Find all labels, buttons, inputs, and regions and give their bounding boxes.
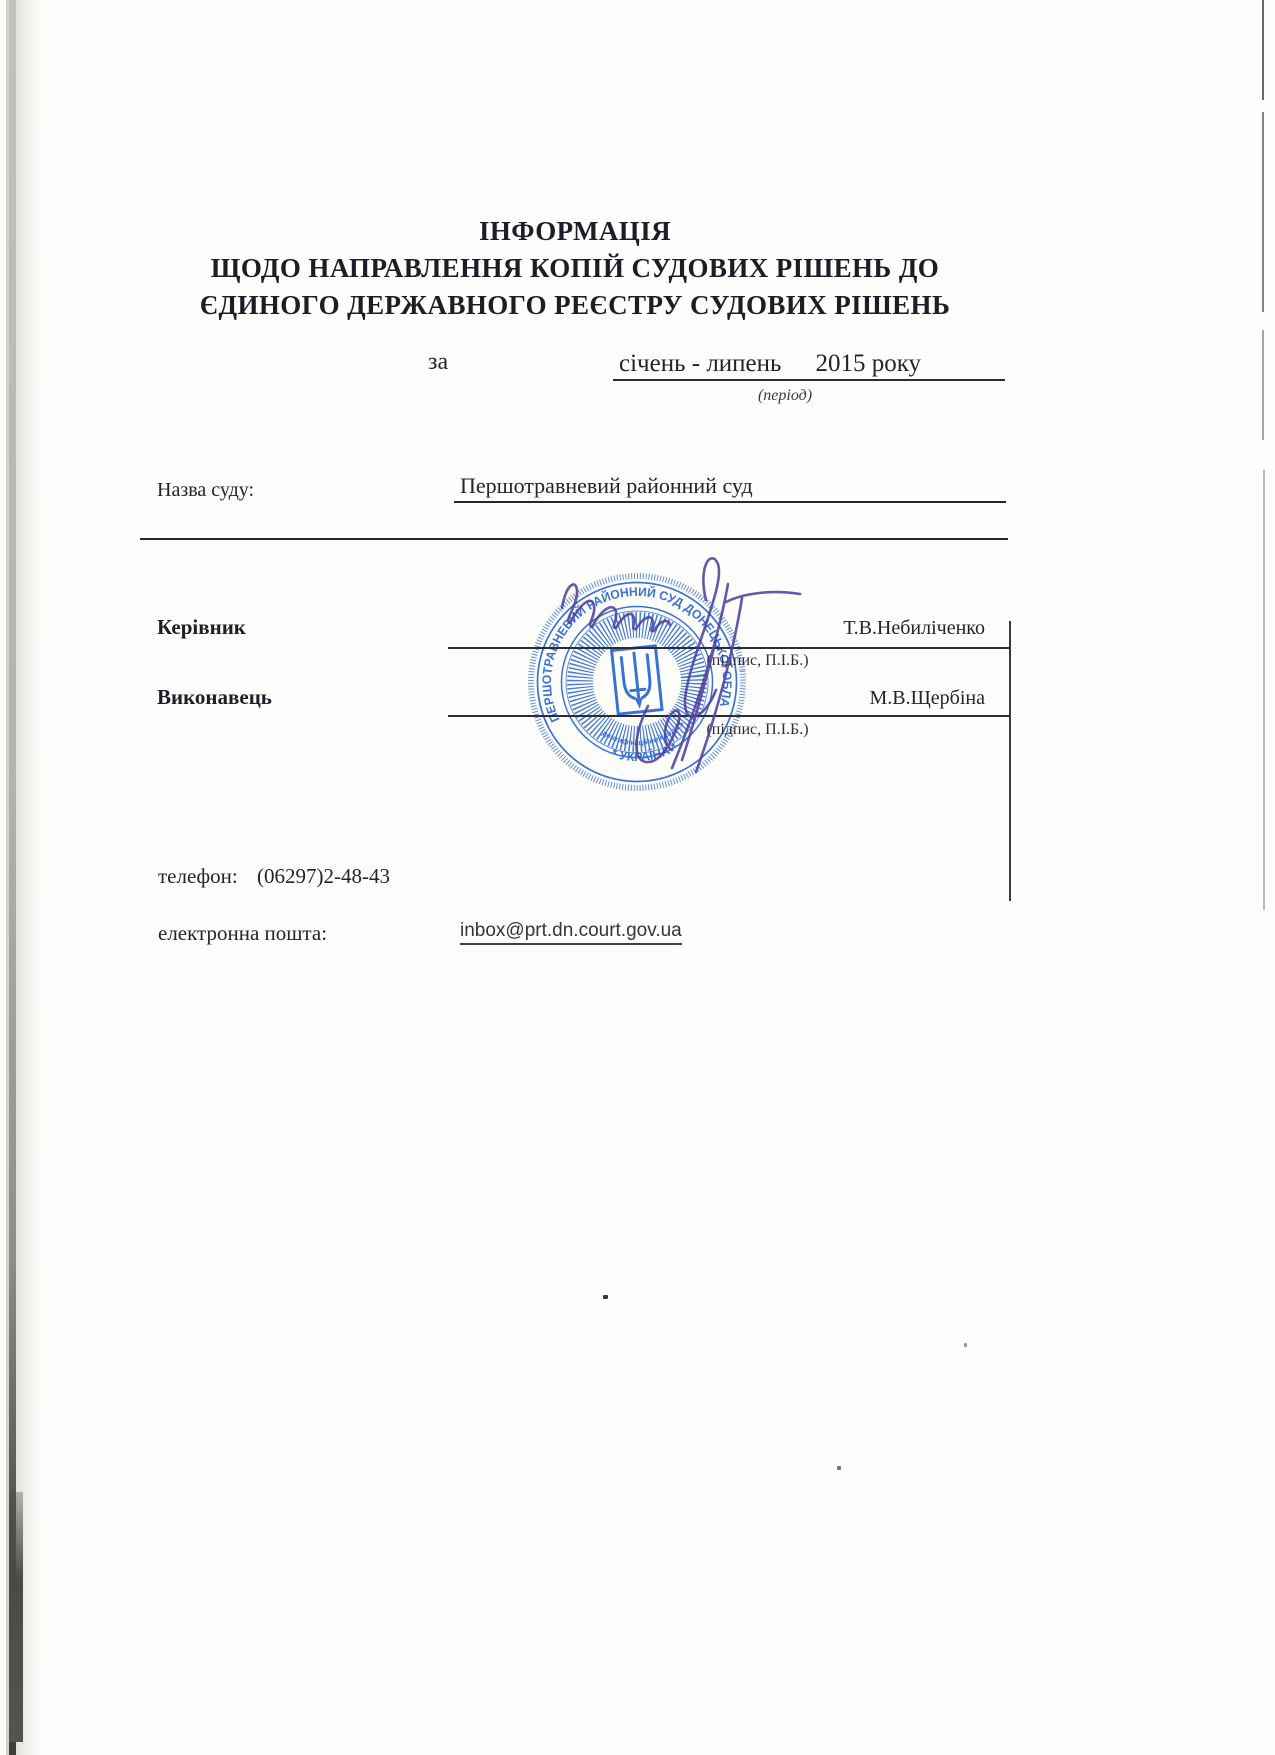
period-caption: (період) — [640, 387, 930, 405]
period-field: січень - липень 2015 року — [613, 344, 1005, 381]
court-name-value: Першотравневий районний суд — [460, 473, 753, 499]
scanned-document-page: ІНФОРМАЦІЯ ЩОДО НАПРАВЛЕННЯ КОПІЙ СУДОВИ… — [0, 0, 1275, 1755]
scan-speck — [837, 1466, 841, 1470]
title-line-3: ЄДИНОГО ДЕРЖАВНОГО РЕЄСТРУ СУДОВИХ РІШЕН… — [0, 287, 1150, 324]
period-value: січень - липень — [619, 350, 781, 378]
phone-label: телефон: — [158, 864, 238, 888]
right-column-rule — [1009, 621, 1011, 901]
period-prefix: за — [428, 349, 448, 376]
scan-speck — [964, 1343, 967, 1347]
email-value: inbox@prt.dn.court.gov.ua — [460, 920, 682, 945]
scan-right-edge-segment — [1262, 0, 1264, 100]
court-name-label: Назва суду: — [157, 479, 254, 502]
scan-left-edge-foot — [9, 1492, 23, 1742]
scan-right-edge-segment — [1262, 112, 1264, 312]
period-year: 2015 року — [815, 350, 921, 378]
title-line-2: ЩОДО НАПРАВЛЕННЯ КОПІЙ СУДОВИХ РІШЕНЬ ДО — [0, 250, 1150, 287]
signatory-role-2: Виконавець — [157, 685, 272, 710]
phone-value: (06297)2-48-43 — [257, 864, 390, 888]
scan-right-edge-segment — [1263, 470, 1265, 910]
phone-row: телефон: (06297)2-48-43 — [158, 864, 390, 889]
email-label: електронна пошта: — [158, 921, 327, 946]
scan-right-edge-segment — [1262, 330, 1264, 440]
document-title: ІНФОРМАЦІЯ ЩОДО НАПРАВЛЕННЯ КОПІЙ СУДОВИ… — [0, 213, 1150, 324]
title-line-1: ІНФОРМАЦІЯ — [0, 213, 1150, 250]
court-name-field: Першотравневий районний суд — [454, 466, 1006, 503]
scan-speck — [603, 1295, 608, 1299]
handwritten-signatures-ink — [520, 518, 850, 788]
signatory-role-1: Керівник — [157, 615, 246, 640]
